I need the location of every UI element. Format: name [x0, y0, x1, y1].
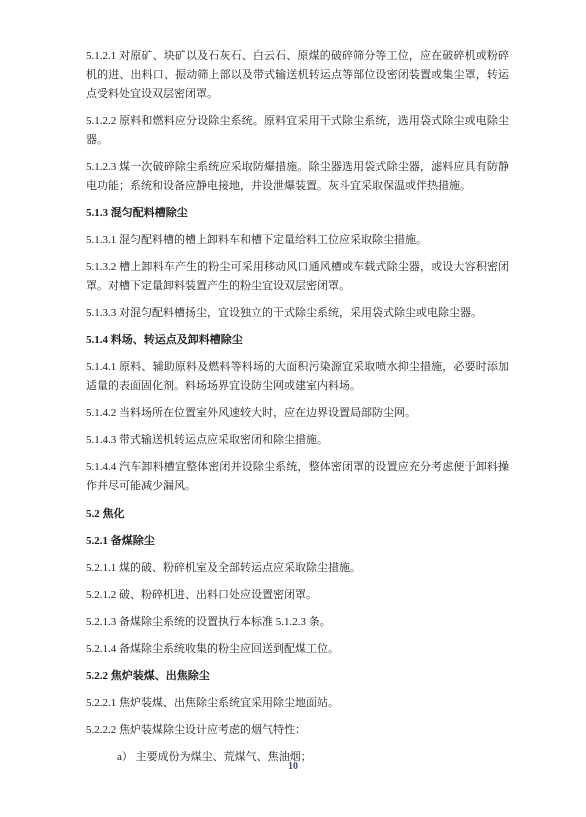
clause-5-1-3-3: 5.1.3.3 对混匀配料槽扬尘，宜设独立的干式除尘系统，采用袋式除尘或电除尘器…	[86, 304, 509, 323]
heading-5-2: 5.2 焦化	[86, 505, 509, 524]
clause-5-1-2-3: 5.1.2.3 煤一次破碎除尘系统应采取防爆措施。除尘器选用袋式除尘器，滤料应具…	[86, 158, 509, 196]
clause-5-2-2-1: 5.2.2.1 焦炉装煤、出焦除尘系统宜采用除尘地面站。	[86, 694, 509, 713]
clause-5-1-2-1: 5.1.2.1 对原矿、块矿以及石灰石、白云石、原煤的破碎筛分等工位，应在破碎机…	[86, 47, 509, 104]
heading-5-1-4: 5.1.4 料场、转运点及卸料槽除尘	[86, 331, 509, 350]
clause-5-2-1-1: 5.2.1.1 煤的破、粉碎机室及全部转运点应采取除尘措施。	[86, 559, 509, 578]
heading-5-2-2: 5.2.2 焦炉装煤、出焦除尘	[86, 667, 509, 686]
document-page: 5.1.2.1 对原矿、块矿以及石灰石、白云石、原煤的破碎筛分等工位，应在破碎机…	[0, 0, 586, 817]
clause-5-1-4-3: 5.1.4.3 带式输送机转运点应采取密闭和除尘措施。	[86, 431, 509, 450]
clause-5-1-4-2: 5.1.4.2 当料场所在位置室外风速较大时，应在边界设置局部防尘网。	[86, 404, 509, 423]
clause-5-2-1-2: 5.2.1.2 破、粉碎机进、出料口处应设置密闭罩。	[86, 586, 509, 605]
clause-5-1-3-2: 5.1.3.2 槽上卸料车产生的粉尘可采用移动风口通风槽或车载式除尘器，或设大容…	[86, 258, 509, 296]
clause-5-2-1-3: 5.2.1.3 备煤除尘系统的设置执行本标准 5.1.2.3 条。	[86, 613, 509, 632]
clause-5-1-4-4: 5.1.4.4 汽车卸料槽宜整体密闭并设除尘系统，整体密闭罩的设置应充分考虑便于…	[86, 458, 509, 496]
clause-5-2-2-2: 5.2.2.2 焦炉装煤除尘设计应考虑的烟气特性：	[86, 721, 509, 740]
heading-5-1-3: 5.1.3 混匀配料槽除尘	[86, 204, 509, 223]
clause-5-1-2-2: 5.1.2.2 原料和燃料应分设除尘系统。原料宜采用干式除尘系统，选用袋式除尘或…	[86, 112, 509, 150]
clause-5-1-4-1: 5.1.4.1 原料、辅助原料及燃料等料场的大面积污染源宜采取喷水抑尘措施，必要…	[86, 358, 509, 396]
heading-5-2-1: 5.2.1 备煤除尘	[86, 532, 509, 551]
clause-5-1-3-1: 5.1.3.1 混匀配料槽的槽上卸料车和槽下定量给料工位应采取除尘措施。	[86, 231, 509, 250]
page-number: 10	[0, 760, 586, 774]
clause-5-2-1-4: 5.2.1.4 备煤除尘系统收集的粉尘应回送到配煤工位。	[86, 640, 509, 659]
